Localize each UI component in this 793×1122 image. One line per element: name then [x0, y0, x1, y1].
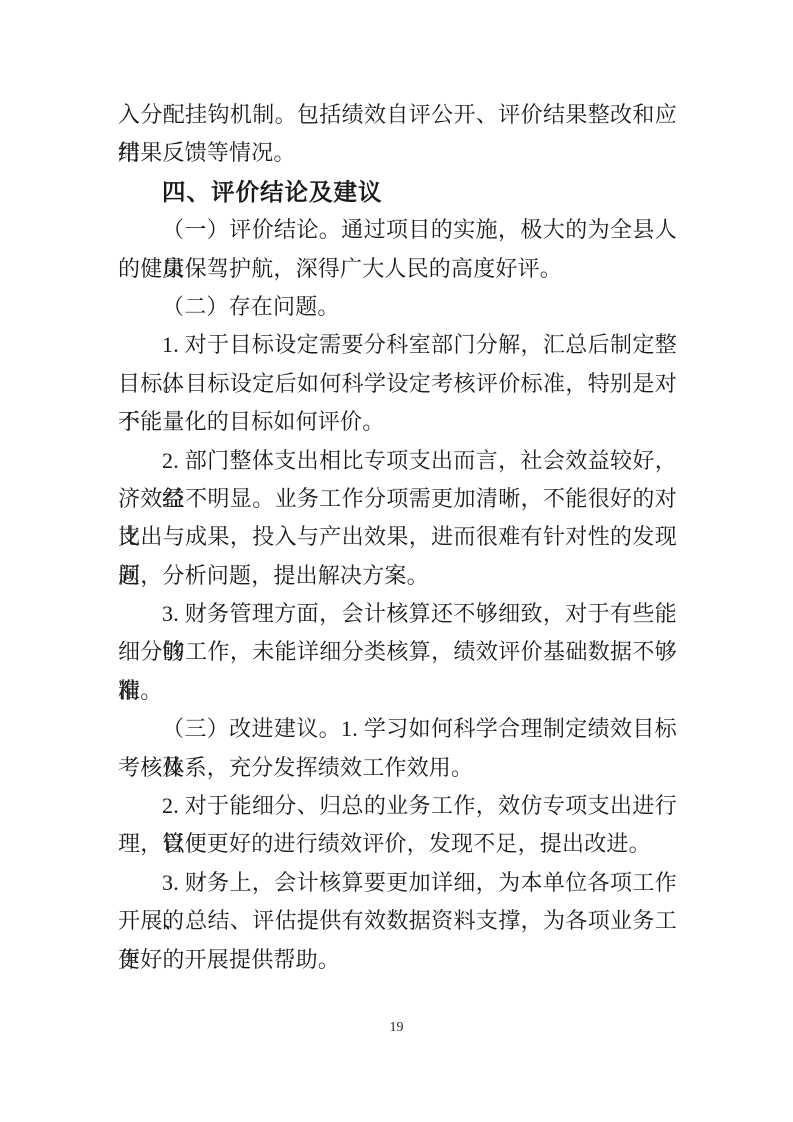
text-line: 3. 财务管理方面，会计核算还不够细致，对于有些能够	[118, 595, 677, 633]
text-line: 支出与成果，投入与产出效果，进而很难有针对性的发现问	[118, 518, 677, 556]
text-block: 入分配挂钩机制。包括绩效自评公开、评价结果整改和应用 结果反馈等情况。 四、评价…	[118, 96, 677, 979]
text-line: 理，以便更好的进行绩效评价，发现不足，提出改进。	[118, 825, 677, 863]
text-line: 入分配挂钩机制。包括绩效自评公开、评价结果整改和应用	[118, 96, 677, 134]
text-line: 更好的开展提供帮助。	[118, 941, 677, 979]
text-line: 考核体系，充分发挥绩效工作效用。	[118, 749, 677, 787]
text-line: 目标。目标设定后如何科学设定考核评价标准，特别是对于	[118, 365, 677, 403]
text-line: 结果反馈等情况。	[118, 134, 677, 172]
text-line: 的健康保驾护航，深得广大人民的高度好评。	[118, 250, 677, 288]
section-heading: 四、评价结论及建议	[118, 173, 677, 211]
text-line: 开展、总结、评估提供有效数据资料支撑，为各项业务工作	[118, 902, 677, 940]
text-line: 3. 财务上，会计核算要更加详细，为本单位各项工作的	[118, 864, 677, 902]
text-line: 题，分析问题，提出解决方案。	[118, 557, 677, 595]
text-line: 不能量化的目标如何评价。	[118, 403, 677, 441]
text-line: 准。	[118, 672, 677, 710]
text-line: 济效益不明显。业务工作分项需更加清晰，不能很好的对比	[118, 480, 677, 518]
text-line: 2. 对于能细分、归总的业务工作，效仿专项支出进行管	[118, 787, 677, 825]
text-line: （一）评价结论。通过项目的实施，极大的为全县人员	[118, 211, 677, 249]
text-line: （三）改进建议。1. 学习如何科学合理制定绩效目标及	[118, 710, 677, 748]
text-line: 1. 对于目标设定需要分科室部门分解，汇总后制定整体	[118, 326, 677, 364]
page-number: 19	[0, 1018, 793, 1038]
text-line: （二）存在问题。	[118, 288, 677, 326]
document-page: 入分配挂钩机制。包括绩效自评公开、评价结果整改和应用 结果反馈等情况。 四、评价…	[0, 0, 793, 1122]
text-line: 细分的工作，未能详细分类核算，绩效评价基础数据不够精	[118, 633, 677, 671]
text-line: 2. 部门整体支出相比专项支出而言，社会效益较好，经	[118, 442, 677, 480]
